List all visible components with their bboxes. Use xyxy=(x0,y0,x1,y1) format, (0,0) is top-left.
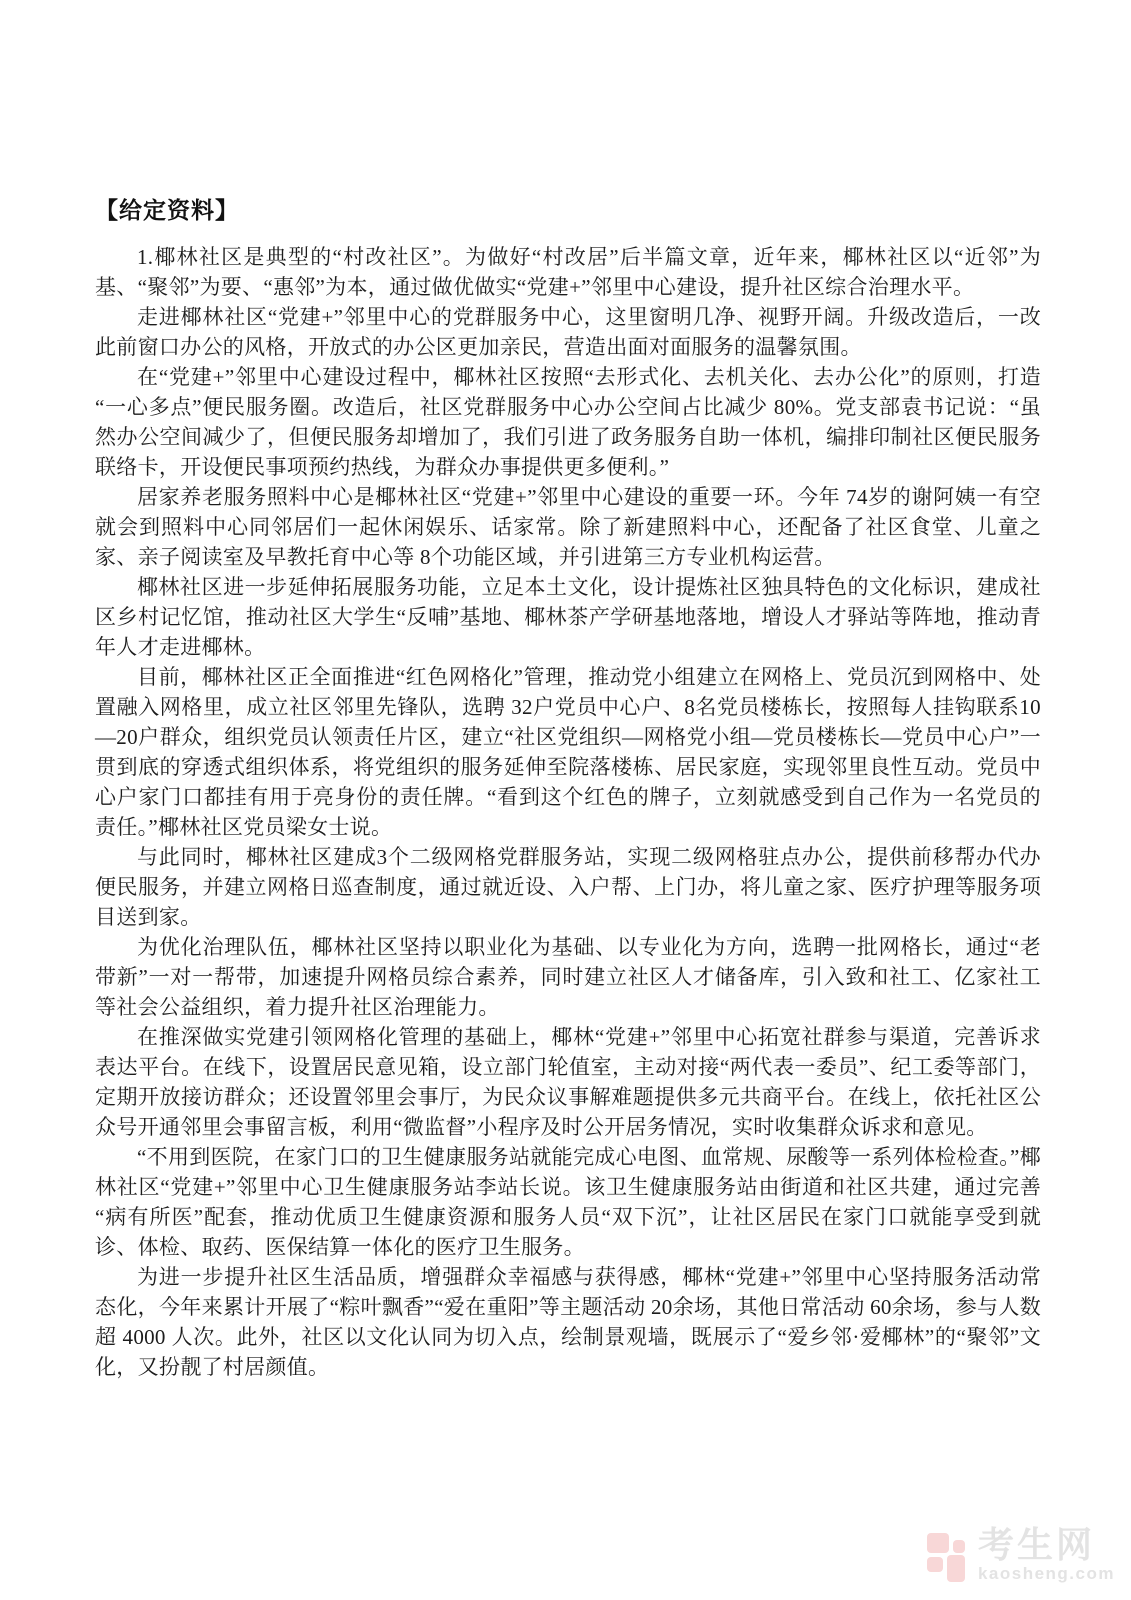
document-page: 【给定资料】 1.椰林社区是典型的“村改社区”。为做好“村改居”后半篇文章，近年… xyxy=(0,0,1131,1600)
watermark-site-name: 考生网 xyxy=(978,1527,1095,1563)
paragraph: 居家养老服务照料中心是椰林社区“党建+”邻里中心建设的重要一环。今年 74岁的谢… xyxy=(95,482,1041,572)
kaosheng-logo-icon xyxy=(925,1532,965,1582)
paragraph: 目前，椰林社区正全面推进“红色网格化”管理，推动党小组建立在网格上、党员沉到网格… xyxy=(95,662,1041,842)
logo-block xyxy=(927,1557,943,1572)
paragraph: 1.椰林社区是典型的“村改社区”。为做好“村改居”后半篇文章，近年来，椰林社区以… xyxy=(95,242,1041,302)
paragraph: 椰林社区进一步延伸拓展服务功能，立足本土文化，设计提炼社区独具特色的文化标识，建… xyxy=(95,572,1041,662)
paragraph: 在推深做实党建引领网格化管理的基础上，椰林“党建+”邻里中心拓宽社群参与渠道，完… xyxy=(95,1022,1041,1142)
watermark-text: 考生网 kaosheng.com xyxy=(978,1527,1115,1582)
logo-block xyxy=(953,1540,965,1553)
watermark-site-domain: kaosheng.com xyxy=(978,1565,1115,1582)
paragraph: 为优化治理队伍，椰林社区坚持以职业化为基础、以专业化为方向，选聘一批网格长，通过… xyxy=(95,932,1041,1022)
logo-block xyxy=(947,1555,965,1582)
paragraph: 走进椰林社区“党建+”邻里中心的党群服务中心，这里窗明几净、视野开阔。升级改造后… xyxy=(95,302,1041,362)
paragraph-list: 1.椰林社区是典型的“村改社区”。为做好“村改居”后半篇文章，近年来，椰林社区以… xyxy=(95,242,1041,1382)
section-heading: 【给定资料】 xyxy=(95,196,1041,224)
logo-block xyxy=(927,1533,949,1553)
document-body: 【给定资料】 1.椰林社区是典型的“村改社区”。为做好“村改居”后半篇文章，近年… xyxy=(95,196,1041,1382)
kaosheng-watermark: 考生网 kaosheng.com xyxy=(925,1527,1115,1582)
paragraph: 在“党建+”邻里中心建设过程中，椰林社区按照“去形式化、去机关化、去办公化”的原… xyxy=(95,362,1041,482)
paragraph: 为进一步提升社区生活品质，增强群众幸福感与获得感，椰林“党建+”邻里中心坚持服务… xyxy=(95,1262,1041,1382)
paragraph: 与此同时，椰林社区建成3个二级网格党群服务站，实现二级网格驻点办公，提供前移帮办… xyxy=(95,842,1041,932)
paragraph: “不用到医院，在家门口的卫生健康服务站就能完成心电图、血常规、尿酸等一系列体检检… xyxy=(95,1142,1041,1262)
